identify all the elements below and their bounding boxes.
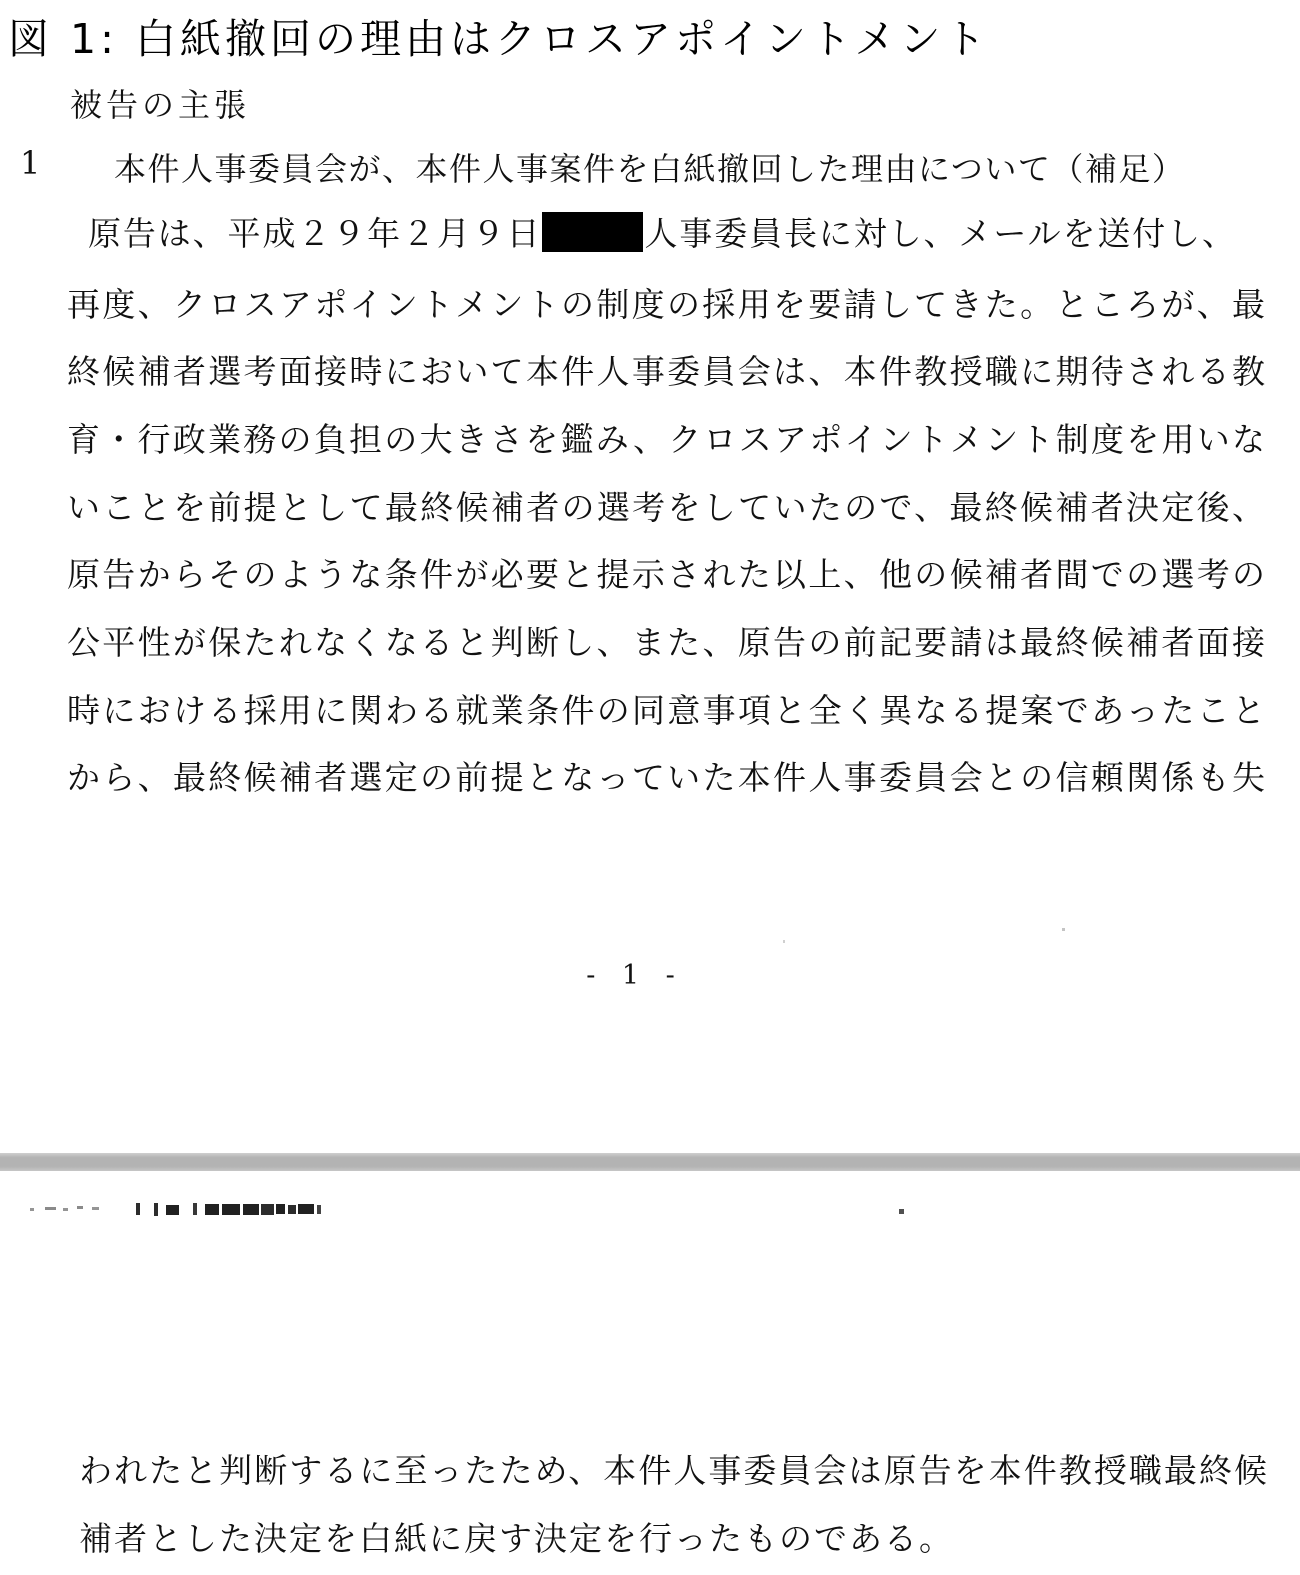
scan-fragment — [317, 1205, 321, 1214]
scan-speck — [783, 940, 785, 943]
paragraph-line: われたと判断するに至ったため、本件人事委員会は原告を本件教授職最終候 — [79, 1449, 1267, 1493]
paragraph-line: 原告からそのような条件が必要と提示された以上、他の候補者間での選考の — [67, 553, 1265, 597]
page-break-bar — [0, 1153, 1300, 1171]
scan-fragment — [222, 1204, 240, 1215]
scan-speck — [1062, 928, 1065, 931]
paragraph-line: 公平性が保たれなくなると判断し、また、原告の前記要請は最終候補者面接 — [67, 621, 1265, 665]
line-text-before-redaction: 原告は、平成２９年２月９日 — [88, 214, 542, 253]
item-heading: 本件人事委員会が、本件人事案件を白紙撤回した理由について（補足） — [114, 144, 1185, 190]
scan-speck — [30, 1208, 34, 1211]
item-number: 1 — [20, 144, 40, 182]
paragraph-line: 育・行政業務の負担の大きさを鑑み、クロスアポイントメント制度を用いな — [67, 418, 1265, 462]
paragraph-line: から、最終候補者選定の前提となっていた本件人事委員会との信頼関係も失 — [67, 756, 1265, 800]
scan-speck — [92, 1207, 99, 1210]
scan-fragment — [288, 1205, 296, 1214]
redaction-box — [542, 212, 643, 252]
page-number: - 1 - — [0, 960, 1270, 991]
scan-fragment — [193, 1203, 197, 1215]
scan-fragment — [205, 1204, 219, 1215]
paragraph-line: いことを前提として最終候補者の選考をしていたので、最終候補者決定後、 — [67, 486, 1265, 530]
scanned-document-page: 図 1: 白紙撤回の理由はクロスアポイントメント 被告の主張 1 本件人事委員会… — [0, 0, 1300, 1575]
scan-fragment — [166, 1205, 179, 1215]
section-heading: 被告の主張 — [70, 80, 250, 126]
paragraph-line: 時における採用に関わる就業条件の同意事項と全く異なる提案であったこと — [67, 689, 1265, 733]
paragraph-line: 終候補者選考面接時において本件人事委員会は、本件教授職に期待される教 — [67, 350, 1265, 394]
scan-fragment — [243, 1204, 259, 1215]
scan-fragment — [298, 1204, 314, 1214]
scan-speck — [45, 1207, 56, 1210]
scan-fragment — [276, 1204, 285, 1214]
scan-speck — [77, 1206, 83, 1209]
scan-speck — [899, 1209, 904, 1214]
scan-fragment — [136, 1203, 140, 1215]
scan-fragment — [154, 1203, 158, 1216]
scan-speck — [63, 1208, 68, 1211]
scan-fragment — [261, 1204, 274, 1215]
line-text-after-redaction: 人事委員長に対し、メールを送付し、 — [643, 214, 1235, 253]
paragraph-line: 原告は、平成２９年２月９日人事委員長に対し、メールを送付し、 — [88, 212, 1235, 256]
paragraph-line: 再度、クロスアポイントメントの制度の採用を要請してきた。ところが、最 — [67, 283, 1265, 327]
paragraph-line: 補者とした決定を白紙に戻す決定を行ったものである。 — [79, 1517, 1267, 1561]
figure-caption: 図 1: 白紙撤回の理由はクロスアポイントメント — [8, 6, 990, 65]
